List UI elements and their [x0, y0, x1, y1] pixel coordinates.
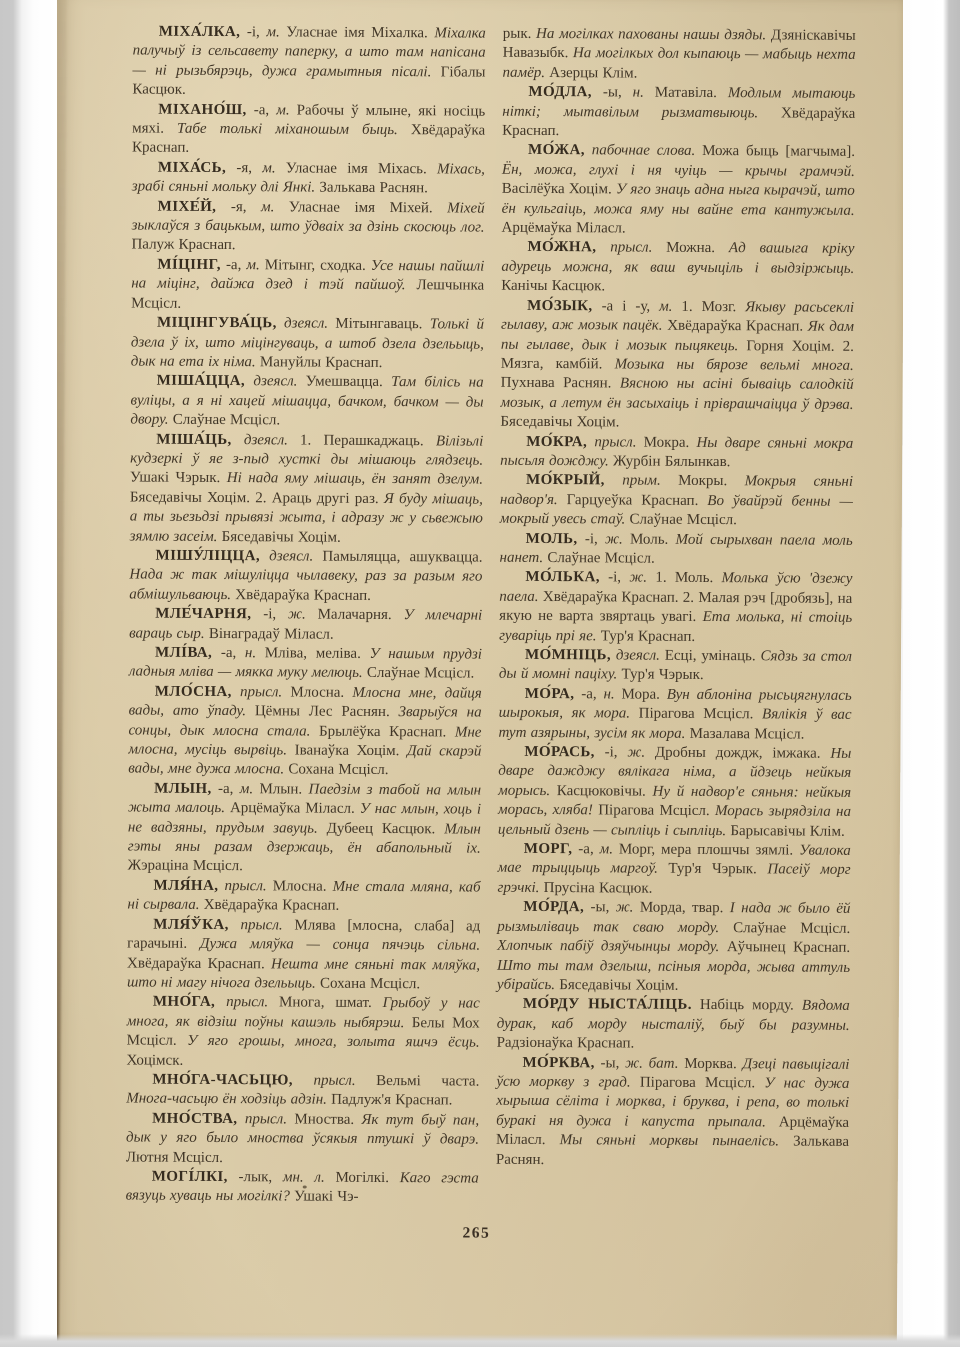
headword: МО́КРЫЙ, — [526, 472, 605, 488]
dictionary-entry: МО́КРА, прысл. Мокра. Ны дваре сяньні мо… — [500, 432, 853, 473]
entry-text: Цёмны Лес Раснян. — [246, 703, 399, 720]
dictionary-entry: МЛЯ́ЎКА, прысл. Млява [млосна, слаба] ад… — [127, 915, 480, 995]
entry-text: Палуж Краснап. — [131, 237, 235, 254]
entry-text: Мліва, меліва. — [256, 645, 369, 662]
entry-italic-text: ж. — [605, 531, 623, 547]
entry-italic-text: Хлопчык пабіў дзяўчынцы морду. — [497, 938, 719, 955]
headword: МО́ЛЬКА, — [525, 569, 600, 585]
dictionary-entry: МОРГ, -а, м. Морг, мера плошчы зямлі. Ув… — [497, 840, 850, 900]
entry-text — [260, 548, 269, 564]
entry-text: Морг, мера плошчы зямлі. — [613, 841, 799, 858]
entry-text: рык. — [503, 26, 536, 42]
entry-text: -і, — [240, 24, 266, 40]
entry-text: Мітынгаваць. — [328, 316, 430, 333]
entry-text: Слаўнае Мсцісл. — [543, 550, 655, 567]
entry-italic-text: м. — [240, 781, 253, 797]
ink-speck — [303, 1186, 307, 1189]
headword: МНО́ГА-ЧАСЬЦЮ, — [152, 1072, 293, 1089]
entry-text: Гарцуеўка Краснап. — [558, 492, 708, 509]
entry-text: Слаўнае Мсцісл. — [625, 512, 737, 529]
entry-text: -ы, — [595, 1055, 625, 1071]
entry-italic-text: дзеясл. — [253, 374, 297, 390]
entry-text: Млын. — [253, 781, 309, 797]
entry-text: -а і -у, — [593, 298, 660, 314]
entry-italic-text: прысл. — [245, 1111, 287, 1127]
entry-italic-text: Мозыка ны бярозе вельмі многа. — [615, 356, 854, 373]
entry-text: Аўчынец Краснап. — [719, 939, 850, 956]
headword: МНО́ГА, — [153, 994, 215, 1010]
entry-text: Морква. — [678, 1055, 742, 1071]
entry-italic-text: м. — [246, 257, 259, 273]
dictionary-entry: МО́РАСЬ, -і, ж. Дробны дождж, імжака. Ны… — [498, 743, 852, 842]
entry-italic-text: ж. — [616, 900, 634, 916]
headword: МОГІ́ЛКІ, — [152, 1169, 228, 1185]
entry-text: Могілкі. — [325, 1170, 400, 1186]
entry-text: Брылёўка Краснап. — [310, 723, 455, 740]
dictionary-entry: МО́ЖНА, прысл. Можна. Ад вашыга кріку ад… — [501, 238, 854, 298]
entry-text: -а, — [247, 102, 277, 118]
entry-text: -а, — [212, 781, 240, 797]
entry-italic-text: ж. бат. — [625, 1055, 678, 1071]
entry-text: Залькава Раснян. — [315, 180, 428, 197]
headword: МЛЫН, — [154, 780, 212, 796]
entry-text: Арцёмаўка Міласл. — [502, 220, 626, 237]
entry-text: -лык, — [228, 1169, 283, 1185]
dictionary-entry: МО́МНІЦЬ, дзеясл. Есці, умінаць. Сядзь з… — [499, 646, 852, 687]
entry-text: Тур'я Чэрык. — [617, 667, 703, 684]
entry-text: Есці, умінаць. — [660, 648, 761, 665]
entry-text: Арцёмаўка Міласл. — [225, 800, 360, 817]
entry-text: Можа быць [магчыма]. — [695, 143, 855, 160]
headword: МІХАНО́Ш, — [158, 101, 247, 118]
headword: МІХА́СЬ, — [158, 159, 226, 175]
entry-text: Іванаўка Хоцім. — [287, 742, 407, 759]
entry-text: Пірагова Мсцісл. — [593, 803, 715, 820]
entry-text: 1. Мозг. — [672, 298, 745, 314]
entry-text: -і, — [600, 570, 630, 586]
entry-text: -а, — [221, 257, 247, 273]
dictionary-column-left: МІХА́ЛКА, -і, м. Уласнае імя Міхалка. Мі… — [126, 22, 486, 1208]
entry-text: Сохана Мсцісл. — [316, 976, 420, 993]
entry-text: Прусіна Касцюк. — [539, 880, 652, 897]
entry-text: Пірагова Мсцісл. — [630, 706, 762, 723]
dictionary-entry: МІХЕ́Й, -я, м. Уласнае імя Міхей. Міхей … — [131, 197, 484, 257]
entry-text: Сохана Мсцісл. — [284, 762, 388, 779]
dictionary-entry: МО́РКВА, -ы, ж. бат. Морква. Дзеці павыц… — [496, 1053, 850, 1172]
headword: МО́РДУ НЫСТА́ЛІЦЬ. — [523, 996, 692, 1013]
dictionary-entry: МІША́ЦЬ, дзеясл. 1. Перашкаджаць. Вілізь… — [130, 430, 484, 549]
headword: МО́РАСЬ, — [524, 744, 595, 760]
dictionary-entry: МЛЕ́ЧАРНЯ, -і, ж. Малачарня. У млечарні … — [129, 605, 482, 646]
entry-text: Пірагова Мсцісл. — [631, 1074, 765, 1091]
entry-text: Хвёдараўка Краснап. — [231, 587, 371, 604]
page-number: 265 — [103, 1222, 849, 1245]
dictionary-entry: МЛІ́ВА, -а, н. Мліва, меліва. У нашым пр… — [129, 643, 482, 684]
entry-italic-text: м. — [261, 199, 274, 215]
dictionary-entry: МНО́СТВА, прысл. Мноства. Як тут быў пан… — [126, 1109, 479, 1169]
dictionary-entry: МО́ЗЫК, -а і -у, м. 1. Мозг. Якыву расьс… — [500, 296, 854, 434]
entry-text: Умешвацца. — [297, 374, 391, 391]
entry-text: Хоцімск. — [126, 1052, 183, 1068]
entry-italic-text: пабочнае слова. — [592, 143, 696, 160]
entry-text: Бяседавічы Хоцім. — [217, 529, 340, 546]
headword: МОРГ, — [524, 841, 573, 857]
dictionary-entry: МО́ЖА, пабочнае слова. Можа быць [магчым… — [502, 141, 856, 240]
entry-text: Хвёдараўка Краснап. — [199, 897, 339, 914]
headword: МО́ЖА, — [528, 142, 585, 158]
dictionary-entry: МЛЫН, -а, м. Млын. Паедзім з табой на мл… — [128, 779, 482, 878]
headword: МІЦІНГУВА́ЦЬ, — [157, 315, 277, 332]
entry-text: Слаўнае Мсцісл. — [719, 920, 850, 937]
scan-edge-bottom — [0, 1334, 960, 1347]
headword: МЛІ́ВА, — [155, 645, 212, 661]
entry-text: Памыляцца, ашуквацца. — [313, 549, 482, 566]
entry-text: Тур'я Краснап. — [597, 628, 696, 645]
entry-italic-text: У яго грошы, многа, золыта яшчэ ёсць. — [187, 1033, 480, 1051]
entry-text: -я, — [226, 160, 262, 176]
headword: МО́МНІЦЬ, — [525, 647, 611, 664]
entry-text: Моль. — [623, 531, 676, 547]
entry-italic-text: м. — [600, 841, 613, 857]
entry-text: Радзіонаўка Краснап. — [497, 1035, 635, 1052]
page-content: МІХА́ЛКА, -і, м. Уласнае імя Міхалка. Мі… — [125, 22, 856, 1244]
entry-text: -я, — [216, 199, 261, 215]
book-page: МІХА́ЛКА, -і, м. Уласнае імя Міхалка. Мі… — [49, 0, 905, 1347]
entry-text: Слаўнае Мсцісл. — [169, 412, 281, 429]
entry-text: -ы, — [592, 84, 633, 100]
entry-italic-text: м. — [659, 298, 672, 314]
entry-text: Набіць морду. — [692, 997, 802, 1014]
entry-text: Барысавічы Клім. — [726, 823, 845, 840]
dictionary-entry: МНО́ГА-ЧАСЬЦЮ, прысл. Вельмі часта. Мног… — [126, 1070, 479, 1111]
entry-italic-text: прысл. — [240, 684, 282, 700]
entry-italic-text: н. — [633, 85, 644, 101]
entry-text — [605, 473, 623, 489]
entry-text: Хвёдараўка Краснап. — [663, 318, 808, 335]
entry-text: Уласнае імя Міхей. — [274, 199, 447, 216]
entry-text: Мокры. — [661, 473, 745, 490]
headword: МІХА́ЛКА, — [159, 24, 241, 40]
headword: МЛЕ́ЧАРНЯ, — [155, 606, 251, 623]
entry-italic-text: дзеясл. — [244, 432, 288, 448]
entry-text: Пухнава Раснян. — [501, 375, 620, 392]
dictionary-entry: МІХА́ЛКА, -і, м. Уласнае імя Міхалка. Мі… — [132, 22, 485, 102]
entry-text: Многа, шмат. — [268, 995, 382, 1012]
entry-italic-text: прысл. — [224, 878, 266, 894]
entry-text: Азерцы Клім. — [545, 65, 638, 82]
entry-text — [245, 373, 253, 389]
entry-text: Лютня Мсцісл. — [126, 1149, 223, 1166]
dictionary-entry: МІША́ЦЦА, дзеясл. Умешвацца. Там білісь … — [130, 372, 483, 432]
entry-text: 1. Перашкаджаць. — [288, 432, 436, 449]
entry-text: Ушакі Чэрык. — [130, 470, 227, 487]
headword: МЛЯ́ЎКА, — [153, 916, 229, 932]
entry-text: Дубеец Касцюк. — [318, 820, 445, 837]
dictionary-entry-continuation: рык. На могілках пахованы нашы дзяды. Дз… — [502, 25, 855, 85]
entry-text: Малачарня. — [306, 607, 404, 624]
entry-text: Бяседавічы Хоцім. — [500, 414, 619, 431]
headword: МНО́СТВА, — [152, 1110, 237, 1127]
dictionary-entry: МНО́ГА, прысл. Многа, шмат. Грыбоў у нас… — [126, 993, 479, 1073]
entry-italic-text: м. — [266, 24, 279, 40]
entry-italic-text: Дужа мляўка — сонца пячэць сільна. — [200, 936, 480, 954]
dictionary-entry: МІХАНО́Ш, -а, м. Рабочы ў млыне, які нос… — [132, 100, 485, 160]
entry-text — [596, 240, 610, 256]
entry-text: Морда, твар. — [633, 900, 729, 917]
dictionary-entry: МО́РДА, -ы, ж. Морда, твар. І нада ж был… — [497, 898, 851, 997]
dictionary-entry: МО́ЛЬКА, -і, ж. 1. Моль. Молька ўсю 'дзе… — [499, 568, 852, 648]
headword: МО́РА, — [525, 686, 575, 702]
dictionary-column-right: рык. На могілках пахованы нашы дзяды. Дз… — [496, 25, 856, 1211]
headword: МО́ДЛА, — [528, 84, 592, 100]
entry-text: Падлуж'я Краснап. — [327, 1092, 453, 1109]
entry-text: 1. Моль. — [647, 570, 722, 586]
entry-italic-text: прысл. — [313, 1073, 355, 1089]
entry-text — [237, 1111, 245, 1127]
headword: МО́ЖНА, — [527, 239, 596, 255]
entry-text: Матавіла. — [644, 85, 728, 102]
headword: МЛО́СНА, — [155, 683, 232, 699]
entry-italic-text: м. — [262, 160, 275, 176]
entry-text: Мокра. — [636, 434, 696, 450]
entry-italic-text: н. — [245, 645, 256, 661]
scan-stage: МІХА́ЛКА, -і, м. Уласнае імя Міхалка. Мі… — [0, 0, 960, 1347]
entry-text: Касцюковічы. — [550, 783, 653, 800]
entry-italic-text: ж. — [288, 607, 306, 623]
entry-text — [232, 432, 244, 448]
dictionary-entry: МІШУ́ЛІЦЦА, дзеясл. Памыляцца, ашуквацца… — [129, 546, 482, 606]
entry-text: Жэраціна Мсцісл. — [128, 858, 243, 875]
entry-text: -а, — [212, 645, 245, 661]
dictionary-entry: МІХА́СЬ, -я, м. Уласнае імя Міхась. Міха… — [132, 158, 485, 199]
entry-text: Канічы Касцюк. — [501, 278, 605, 295]
entry-text: -а, — [572, 841, 599, 857]
scan-edge-left — [0, 0, 57, 1347]
dictionary-columns: МІХА́ЛКА, -і, м. Уласнае імя Міхалка. Мі… — [126, 22, 857, 1210]
entry-italic-text: м. — [276, 102, 289, 118]
headword: МО́РКВА, — [522, 1054, 594, 1070]
entry-italic-text: дзеясл. — [616, 647, 660, 663]
entry-text: Уласнае імя Міхалка. — [280, 24, 435, 41]
entry-italic-text: Табе толькі міханошым быць. — [177, 121, 398, 138]
entry-italic-text: прысл. — [240, 917, 282, 933]
dictionary-entry: МЛЯ́НА, прысл. Млосна. Мне стала мляна, … — [127, 876, 480, 917]
entry-italic-text: н. — [603, 686, 614, 702]
entry-italic-text: прысл. — [610, 240, 652, 256]
entry-text: Можна. — [652, 240, 729, 256]
entry-italic-text: мн. л. — [283, 1169, 325, 1185]
dictionary-entry: МО́РДУ НЫСТА́ЛІЦЬ. Набіць морду. Вядома … — [497, 995, 850, 1055]
entry-text: Слаўнае Мсцісл. — [363, 665, 475, 682]
headword: МО́ЗЫК, — [527, 298, 593, 314]
entry-text: -а, — [574, 686, 603, 702]
headword: МІХЕ́Й, — [158, 198, 217, 214]
entry-italic-text: Ён, можа, глухі і ня чуіць — крычы грамч… — [502, 162, 855, 180]
headword: МІ́ЦІНГ, — [157, 256, 221, 272]
entry-text: Хвёдараўка Краснап. — [127, 955, 271, 972]
entry-text: Бяседавічы Хоцім. — [555, 977, 678, 994]
entry-text: -і, — [251, 606, 288, 622]
headword: МІШУ́ЛІЦЦА, — [156, 548, 261, 565]
entry-text: Журбін Бялынкав. — [609, 453, 731, 470]
entry-italic-text: прысл. — [226, 994, 268, 1010]
entry-text: Вінаградаў Міласл. — [205, 626, 334, 643]
entry-italic-text: Мы сяньні морквы пынаелісь. — [560, 1132, 780, 1149]
entry-italic-text: ж. — [627, 745, 645, 761]
entry-italic-text: прысл. — [594, 434, 636, 450]
entry-text: -і, — [578, 531, 606, 547]
entry-text: Мора. — [615, 686, 667, 702]
dictionary-entry: МО́ДЛА, -ы, н. Матавіла. Модлым мытаюць … — [502, 83, 855, 143]
dictionary-entry: МО́РА, -а, н. Мора. Вун аблоніна рысьцяг… — [498, 685, 851, 745]
entry-italic-text: ж. — [629, 570, 647, 586]
entry-italic-text: Ні нада яму мішаць, ён занят дзелум. — [227, 470, 483, 488]
entry-text: Мноства. — [287, 1111, 362, 1127]
headword: МО́КРА, — [526, 433, 587, 449]
headword: МО́РДА, — [523, 899, 584, 915]
entry-text: -і, — [595, 744, 628, 760]
entry-text: Млосна. — [267, 878, 333, 894]
entry-text: Мітынг, сходка. — [260, 257, 371, 274]
dictionary-entry: МІЦІНГУВА́ЦЬ, дзеясл. Мітынгаваць. Тольк… — [131, 314, 484, 374]
entry-italic-text: прым. — [622, 473, 661, 489]
entry-italic-text: На могілках пахованы нашы дзяды. — [536, 26, 766, 43]
dictionary-entry: МОЛЬ, -і, ж. Моль. Мой сырыхван паела мо… — [500, 529, 853, 570]
entry-text: Ушакі Чэ- — [290, 1189, 359, 1205]
entry-italic-text: дзеясл. — [269, 548, 313, 564]
entry-italic-text: Многа-часьцю ён ходзіць адзін. — [126, 1091, 327, 1108]
entry-text: Дробны дождж, імжака. — [645, 745, 830, 762]
entry-text: Васілёўка Хоцім. — [502, 181, 616, 198]
dictionary-entry: МО́КРЫЙ, прым. Мокры. Мокрыя сяньні надв… — [500, 471, 853, 531]
entry-text: Млосна. — [282, 684, 352, 700]
headword: МІША́ЦЬ, — [156, 431, 232, 447]
headword: МОЛЬ, — [526, 530, 578, 546]
dictionary-entry: МІ́ЦІНГ, -а, м. Мітынг, сходка. Усе нашы… — [131, 255, 484, 315]
entry-text: -ы, — [584, 900, 616, 916]
headword: МЛЯ́НА, — [154, 877, 219, 893]
headword: МІША́ЦЦА, — [157, 373, 246, 390]
entry-text: Уласнае імя Міхась. — [276, 160, 438, 177]
entry-text: Мазалава Мсцісл. — [685, 725, 804, 742]
entry-text: Бяседавічы Хоцім. 2. Араць другі раз. — [130, 489, 384, 507]
dictionary-entry: МЛО́СНА, прысл. Млосна. Млосна мне, дайц… — [128, 682, 482, 781]
entry-text — [215, 994, 226, 1010]
entry-text — [229, 917, 241, 933]
entry-italic-text: дзеясл. — [284, 315, 328, 331]
scan-edge-right — [903, 0, 960, 1347]
entry-text — [293, 1072, 314, 1088]
entry-text: Тур'я Чэрык. — [658, 861, 768, 878]
entry-text: Вельмі часта. — [356, 1073, 480, 1090]
entry-text: Мануйлы Краснап. — [256, 354, 383, 371]
